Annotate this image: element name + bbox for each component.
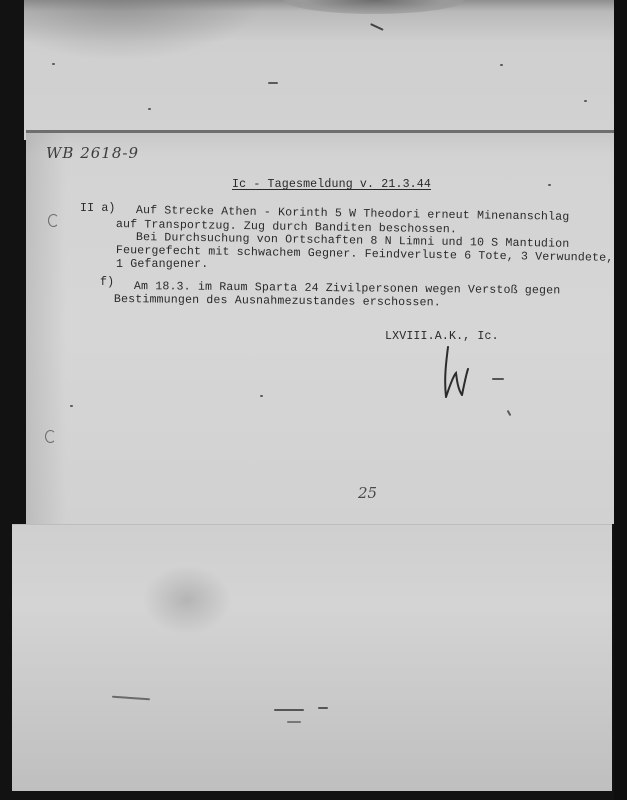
scan-mark [287,721,301,723]
scan-mark [318,707,328,709]
page-number: 25 [358,484,377,502]
dust-speck [548,184,551,186]
scan-smudge [142,565,232,635]
dust-speck [500,64,503,66]
punch-hole [48,214,59,227]
section-label: f) [100,276,114,289]
scan-mark [492,378,504,380]
report-line: 1 Gefangener. [116,258,208,271]
scan-border [614,0,627,800]
archive-reference: WB 2618-9 [46,144,139,162]
binding-shade [26,133,66,524]
scan-mark [112,696,150,701]
scan-shadow [284,0,464,14]
scan-mark [268,82,278,84]
sender-unit: LXVIII.A.K., Ic. [385,330,499,343]
punch-hole [45,430,56,443]
scan-frame: WB 2618-9 Ic - Tagesmeldung v. 21.3.44 I… [0,0,627,800]
scan-mark [274,709,304,711]
dust-speck [584,100,587,102]
dust-speck [260,395,263,397]
scan-mark [370,23,383,30]
document-title: Ic - Tagesmeldung v. 21.3.44 [232,178,431,191]
previous-sheet-edge [24,0,616,140]
signature-mark [440,345,470,401]
dust-speck [52,63,55,65]
dust-speck [148,108,151,110]
scan-shade [24,0,264,60]
next-sheet [12,524,612,791]
dust-speck [70,405,73,407]
section-label: II a) [80,202,116,215]
